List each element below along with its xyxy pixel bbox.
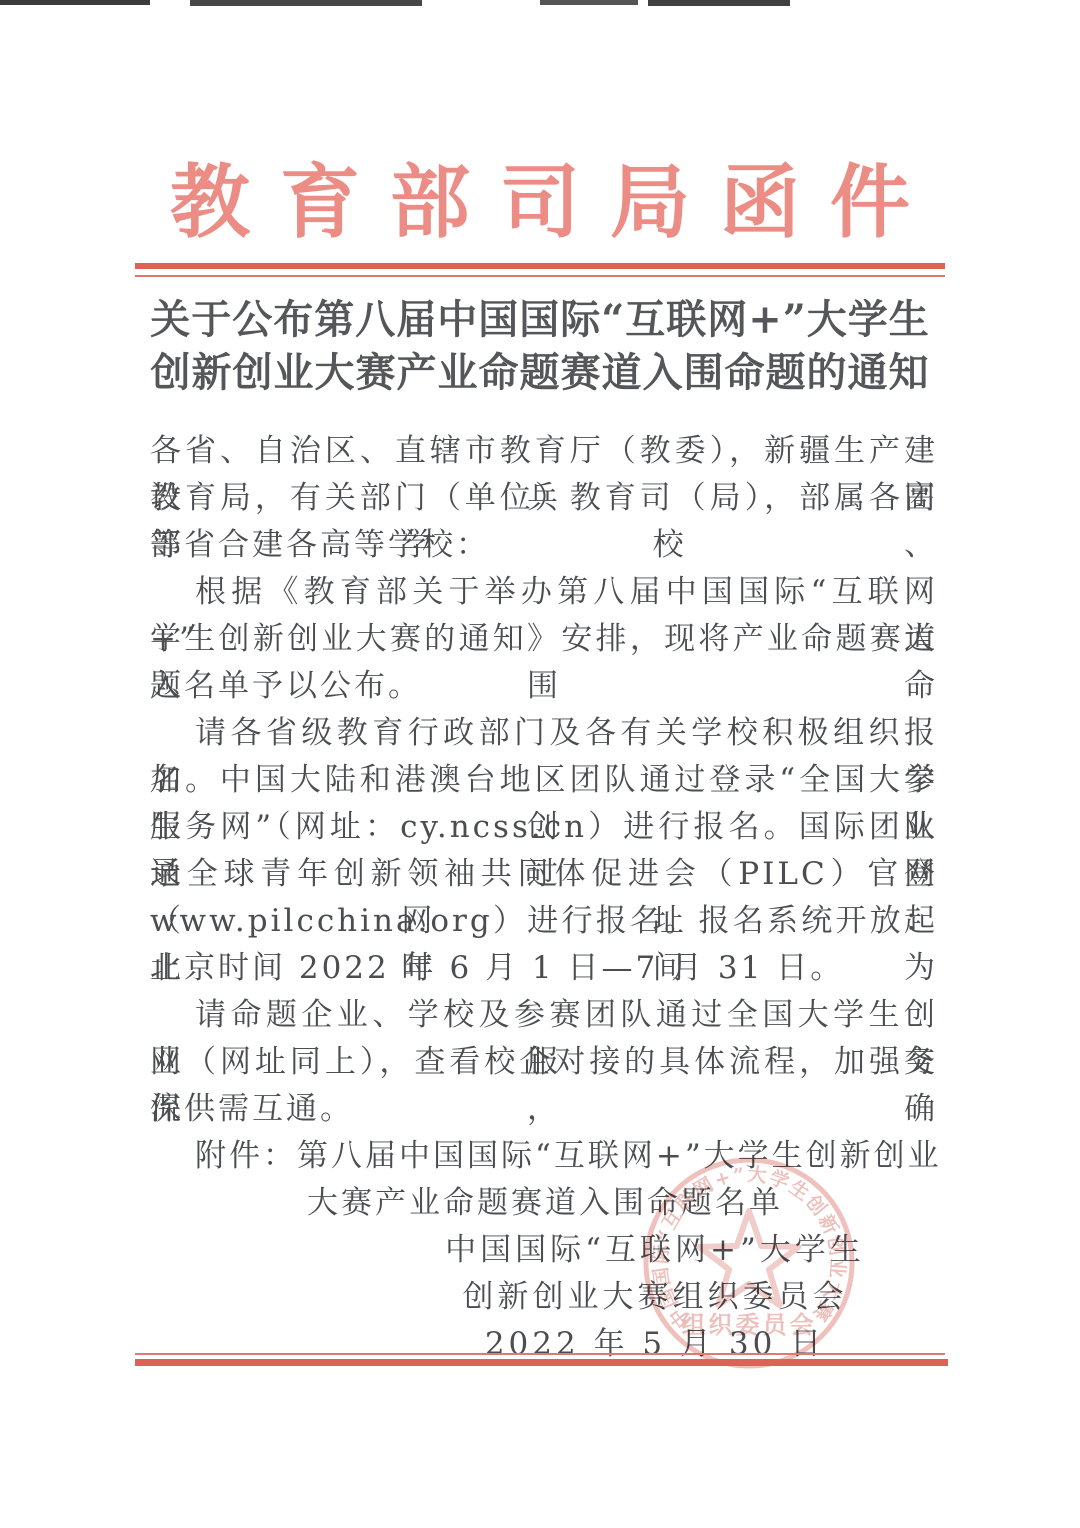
scan-artifact (0, 0, 150, 5)
attachment-line: 大赛产业命题赛道入围命题名单 (150, 1180, 938, 1227)
document-title-line2: 创新创业大赛产业命题赛道入围命题的通知 (90, 346, 990, 399)
paragraph-line: www.pilcchina.org）进行报名。报名系统开放起止时间为 (150, 898, 938, 945)
paragraph-line: 网（网址同上），查看校企对接的具体流程，加强交流，确 (150, 1039, 938, 1086)
salutation-line: 教育局，有关部门（单位）教育司（局），部属各高等学校、 (150, 475, 938, 522)
attachment-line: 附件：第八届中国国际“互联网+”大学生创新创业 (150, 1133, 938, 1180)
signature-org-line: 创新创业大赛组织委员会 (370, 1274, 940, 1321)
paragraph-line: 加。中国大陆和港澳台地区团队通过登录“全国大学生创业 (150, 757, 938, 804)
salutation-line: 各省、自治区、直辖市教育厅（教委），新疆生产建设兵团 (150, 428, 938, 475)
footer-rule-thin (135, 1353, 945, 1355)
document-title-line1: 关于公布第八届中国国际“互联网+”大学生 (90, 293, 990, 346)
scanned-letter-page: 教育部司局函件 关于公布第八届中国国际“互联网+”大学生 创新创业大赛产业命题赛… (0, 0, 1080, 1528)
paragraph-line: 服务网”（网址：cy.ncss.cn）进行报名。国际团队通过登 (150, 804, 938, 851)
paragraph-line: 请各省级教育行政部门及各有关学校积极组织报名参 (150, 710, 938, 757)
paragraph-line: 北京时间 2022 年 6 月 1 日—7 月 31 日。 (150, 945, 938, 992)
document-title: 关于公布第八届中国国际“互联网+”大学生 创新创业大赛产业命题赛道入围命题的通知 (90, 293, 990, 399)
letterhead-rule-thin (135, 275, 945, 277)
signature-block: 中国国际“互联网+”大学生 创新创业大赛组织委员会 2022 年 5 月 30 … (370, 1227, 940, 1368)
scan-artifact (190, 0, 422, 6)
letter-body: 各省、自治区、直辖市教育厅（教委），新疆生产建设兵团 教育局，有关部门（单位）教… (150, 428, 938, 1368)
paragraph-line: 根据《教育部关于举办第八届中国国际“互联网+”大 (150, 569, 938, 616)
paragraph-line: 请命题企业、学校及参赛团队通过全国大学生创业服务 (150, 992, 938, 1039)
scan-artifact (648, 0, 790, 6)
paragraph-line: 学生创新创业大赛的通知》安排，现将产业命题赛道入围命 (150, 616, 938, 663)
letterhead-title: 教育部司局函件 (0, 152, 1080, 252)
scan-artifact (540, 0, 638, 5)
paragraph-line: 录全球青年创新领袖共同体促进会（PILC）官网（网址： (150, 851, 938, 898)
letterhead-rule-thick (135, 263, 945, 269)
footer-rule-thick (135, 1359, 948, 1366)
signature-org-line: 中国国际“互联网+”大学生 (370, 1227, 940, 1274)
